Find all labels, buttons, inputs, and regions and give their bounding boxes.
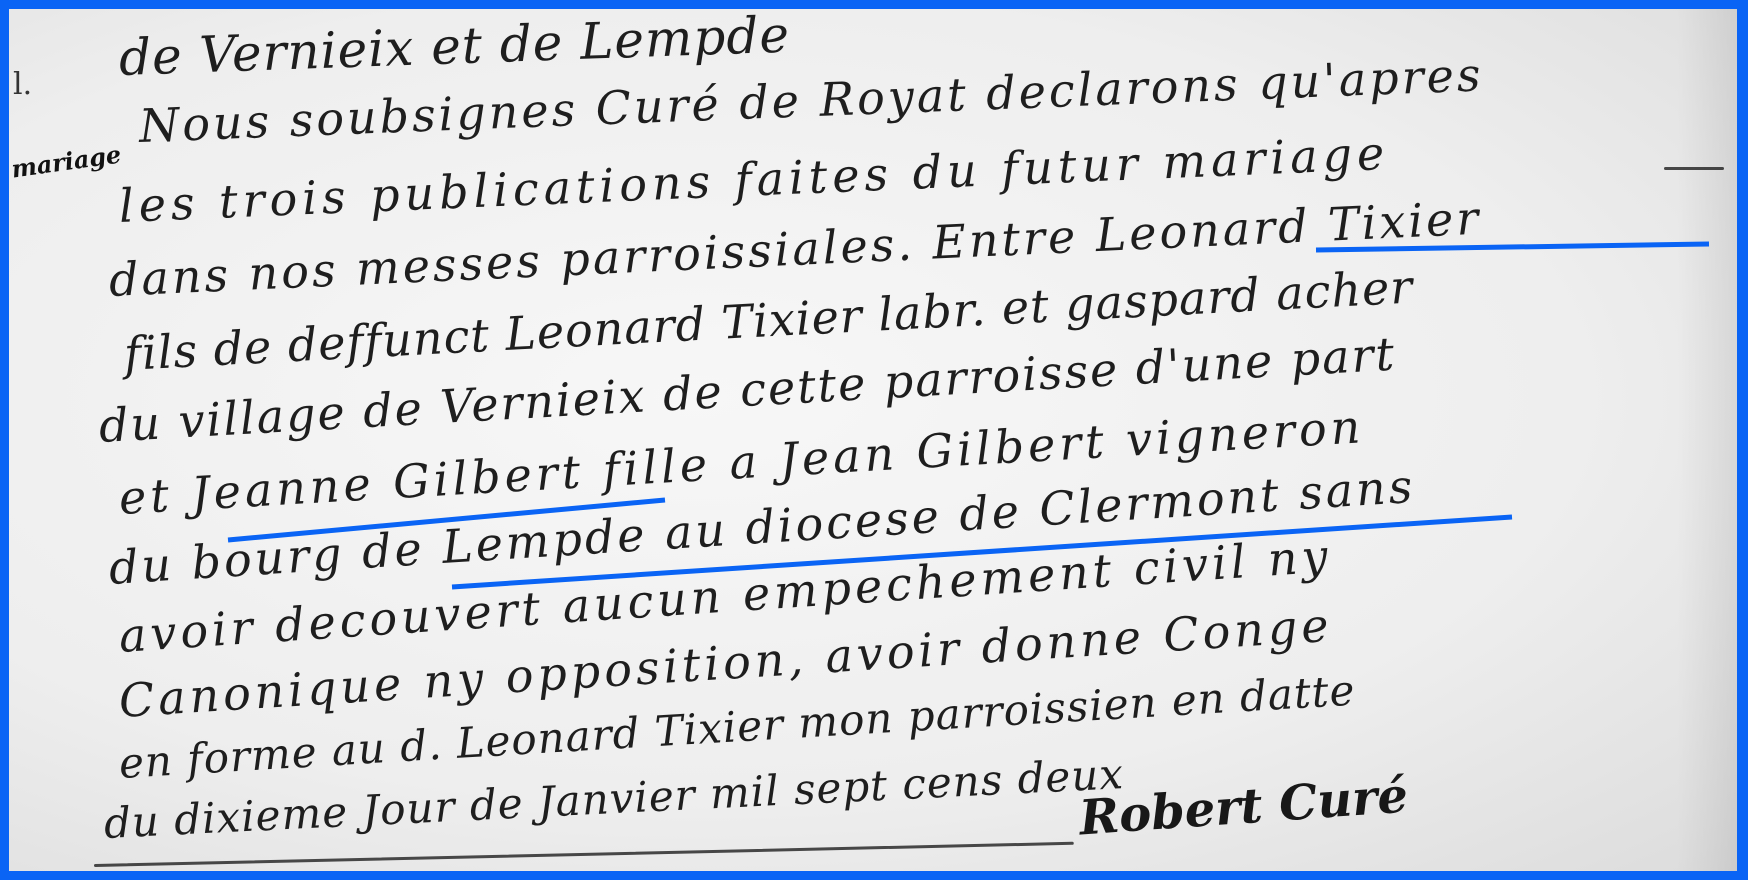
margin-note: mariage <box>10 139 123 183</box>
priest-signature: Robert Curé <box>1077 768 1409 847</box>
margin-mark: l. <box>13 67 32 102</box>
image-frame: l. mariage de Vernieix et de Lempde Nous… <box>0 0 1748 880</box>
closing-flourish-rule <box>94 842 1074 867</box>
margin-dash <box>1664 167 1724 170</box>
text-line-1: de Vernieix et de Lempde <box>118 9 791 87</box>
register-page: l. mariage de Vernieix et de Lempde Nous… <box>9 9 1737 871</box>
